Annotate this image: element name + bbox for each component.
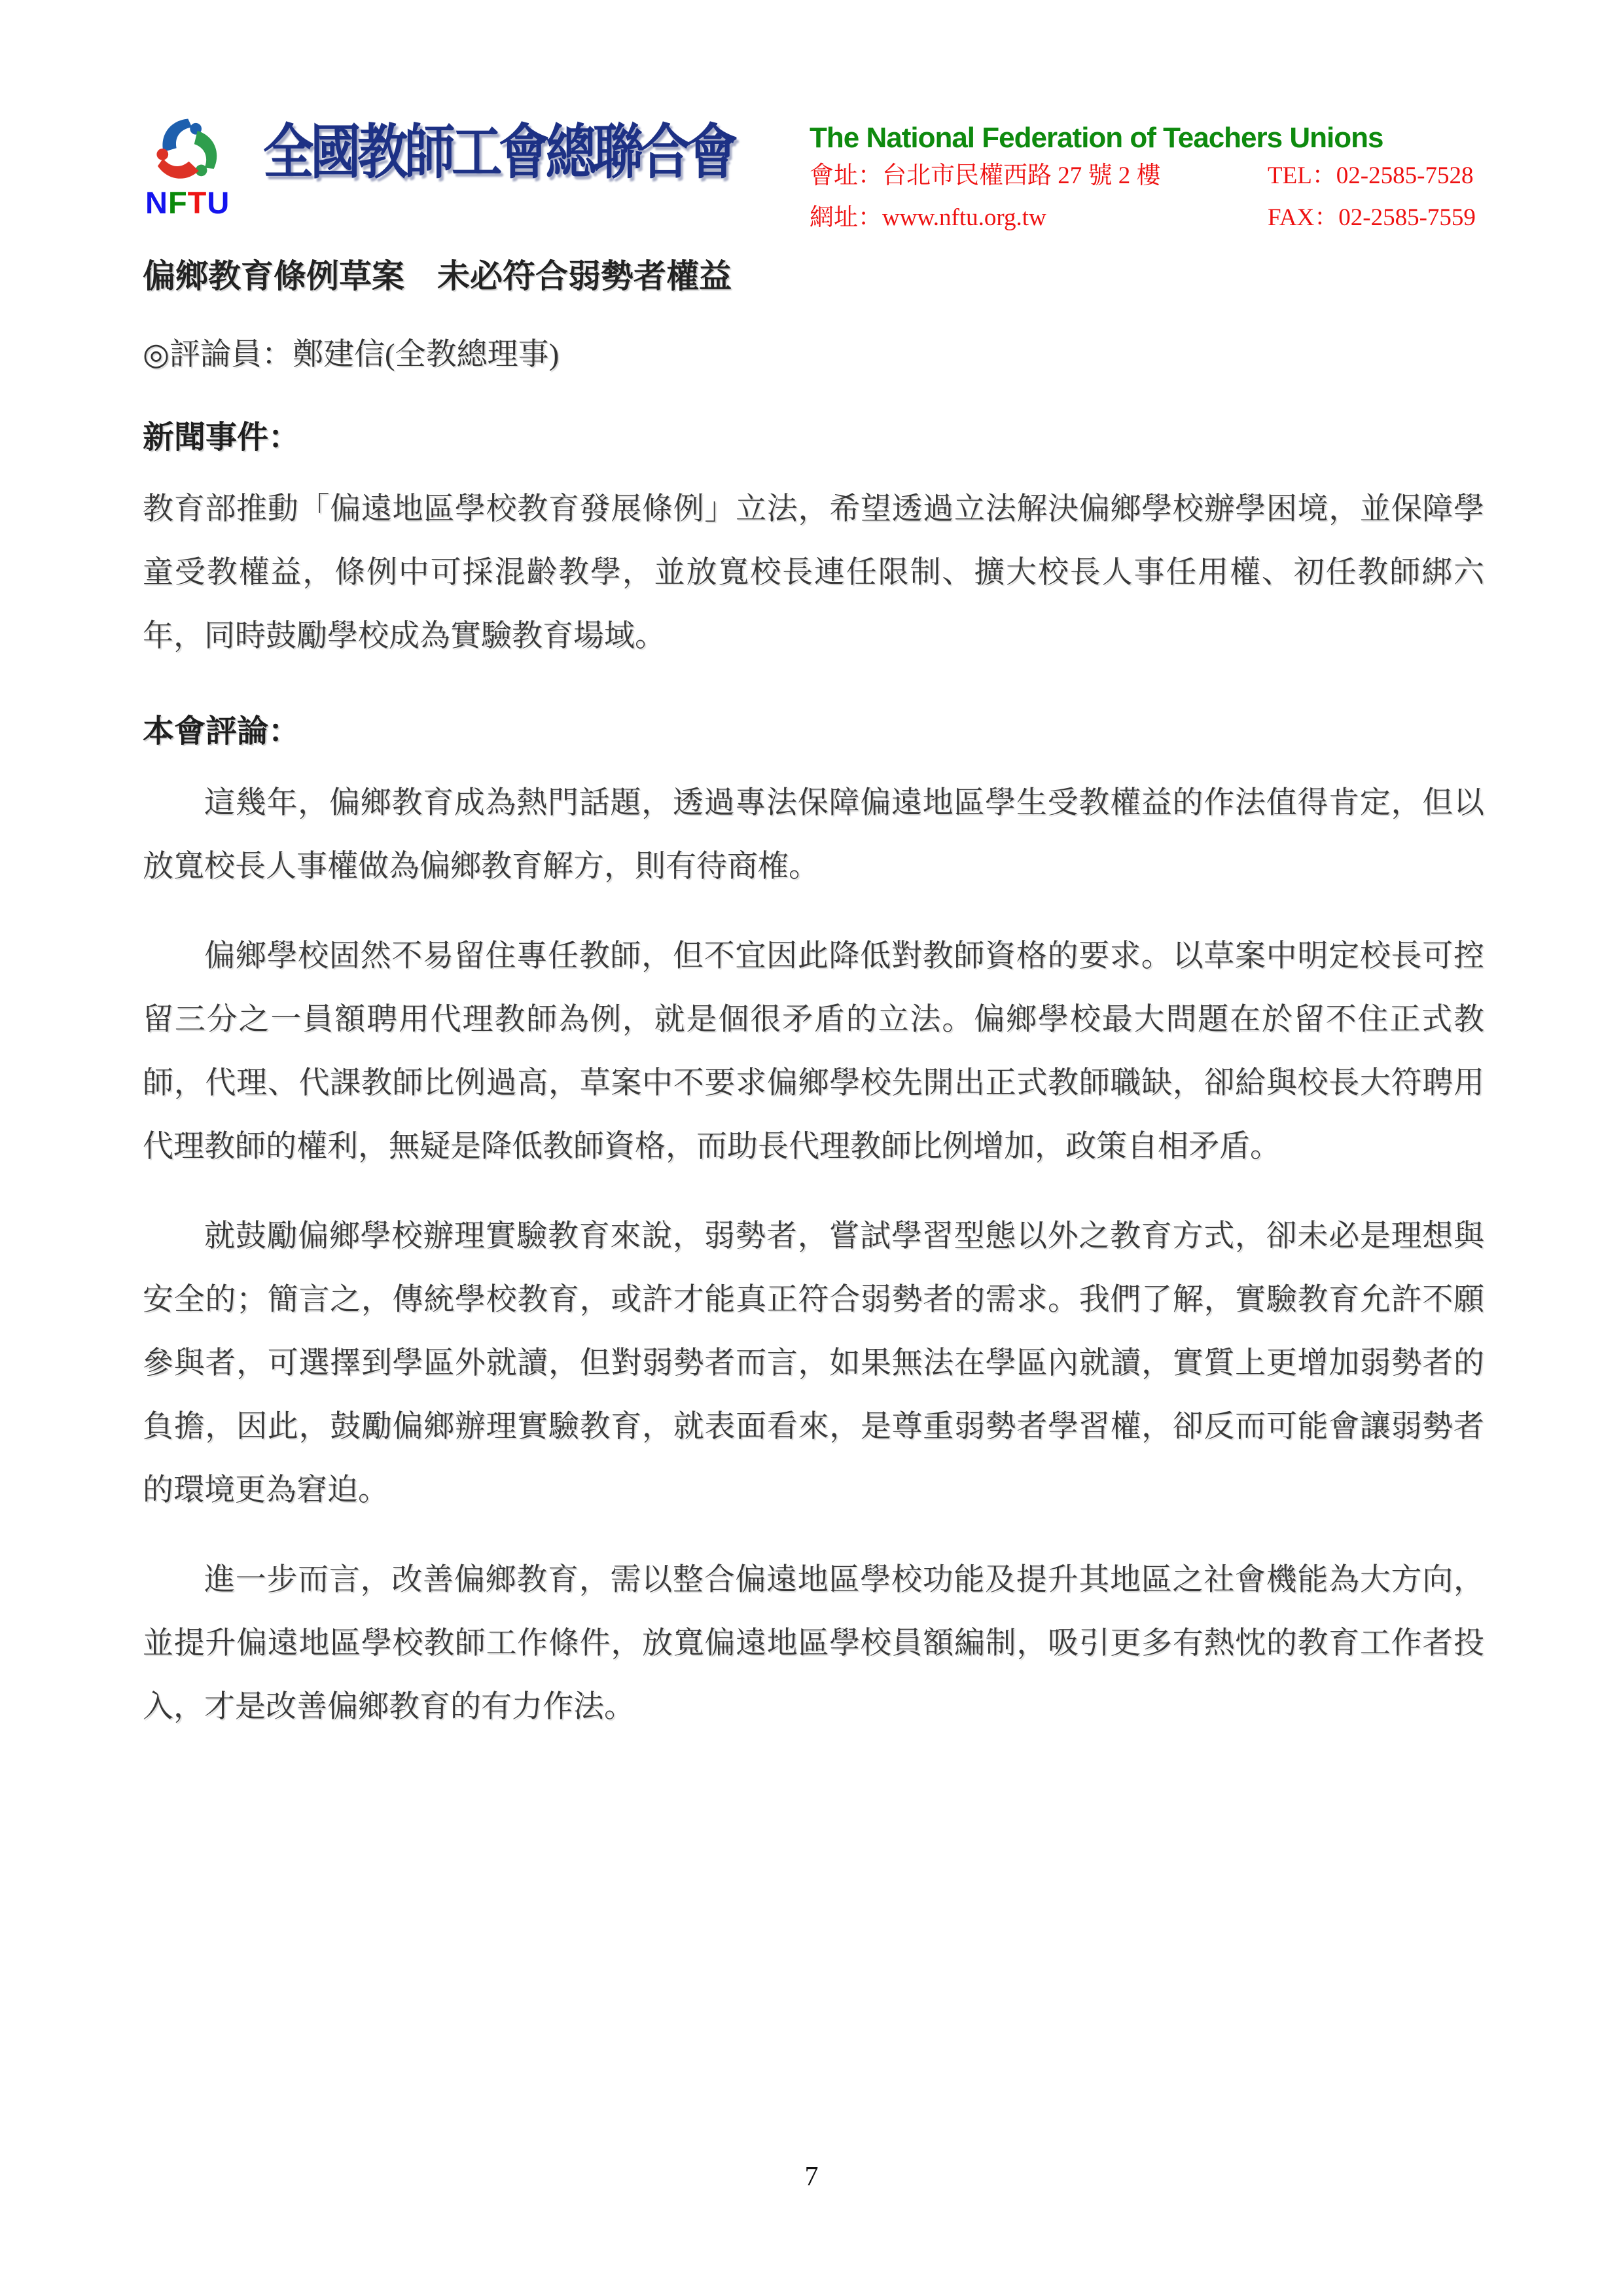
page-title: 偏鄉教育條例草案 未必符合弱勢者權益 — [143, 255, 1484, 297]
contact-website: 網址：www.nftu.org.tw — [810, 203, 1046, 233]
nftu-logo-block: NFTU — [145, 113, 249, 217]
section-heading-commentary: 本會評論： — [143, 711, 1484, 752]
letterhead-contact-block: The National Federation of Teachers Unio… — [810, 113, 1495, 233]
page-number: 7 — [0, 2161, 1623, 2193]
nftu-triskelion-logo-icon — [148, 113, 225, 190]
paragraph-commentary-2: 偏鄉學校固然不易留住專任教師，但不宜因此降低對教師資格的要求。以草案中明定校長可… — [143, 925, 1484, 1179]
section-heading-news-event: 新聞事件： — [143, 418, 1484, 458]
paragraph-commentary-4: 進一步而言，改善偏鄉教育，需以整合偏遠地區學校功能及提升其地區之社會機能為大方向… — [143, 1549, 1484, 1739]
acronym-letter-u: U — [207, 185, 230, 220]
nftu-acronym: NFTU — [145, 188, 249, 217]
contact-address: 會址：台北市民權西路 27 號 2 樓 — [810, 161, 1161, 191]
acronym-letter-n: N — [145, 185, 168, 220]
org-name-en: The National Federation of Teachers Unio… — [810, 122, 1495, 154]
contact-row-website-fax: 網址：www.nftu.org.tw FAX：02-2585-7559 — [810, 203, 1495, 233]
letterhead: NFTU 全國教師工會總聯合會 The National Federation … — [0, 0, 1623, 233]
acronym-letter-f: F — [168, 185, 188, 220]
contact-row-address-tel: 會址：台北市民權西路 27 號 2 樓 TEL：02-2585-7528 — [810, 161, 1495, 191]
contact-tel: TEL：02-2585-7528 — [1268, 161, 1495, 191]
paragraph-news-event: 教育部推動「偏遠地區學校教育發展條例」立法，希望透過立法解決偏鄉學校辦學困境，並… — [143, 478, 1484, 668]
contact-fax: FAX：02-2585-7559 — [1268, 203, 1495, 233]
paragraph-commentary-1: 這幾年，偏鄉教育成為熱門話題，透過專法保障偏遠地區學生受教權益的作法值得肯定，但… — [143, 772, 1484, 899]
paragraph-commentary-3: 就鼓勵偏鄉學校辦理實驗教育來說，弱勢者，嘗試學習型態以外之教育方式，卻未必是理想… — [143, 1205, 1484, 1522]
org-name-zh: 全國教師工會總聯合會 — [263, 113, 734, 191]
acronym-letter-t: T — [188, 185, 207, 220]
document-content: 偏鄉教育條例草案 未必符合弱勢者權益 ◎評論員：鄭建信(全教總理事) 新聞事件：… — [0, 255, 1623, 1739]
byline: ◎評論員：鄭建信(全教總理事) — [143, 335, 1484, 374]
document-page: NFTU 全國教師工會總聯合會 The National Federation … — [0, 0, 1623, 2296]
